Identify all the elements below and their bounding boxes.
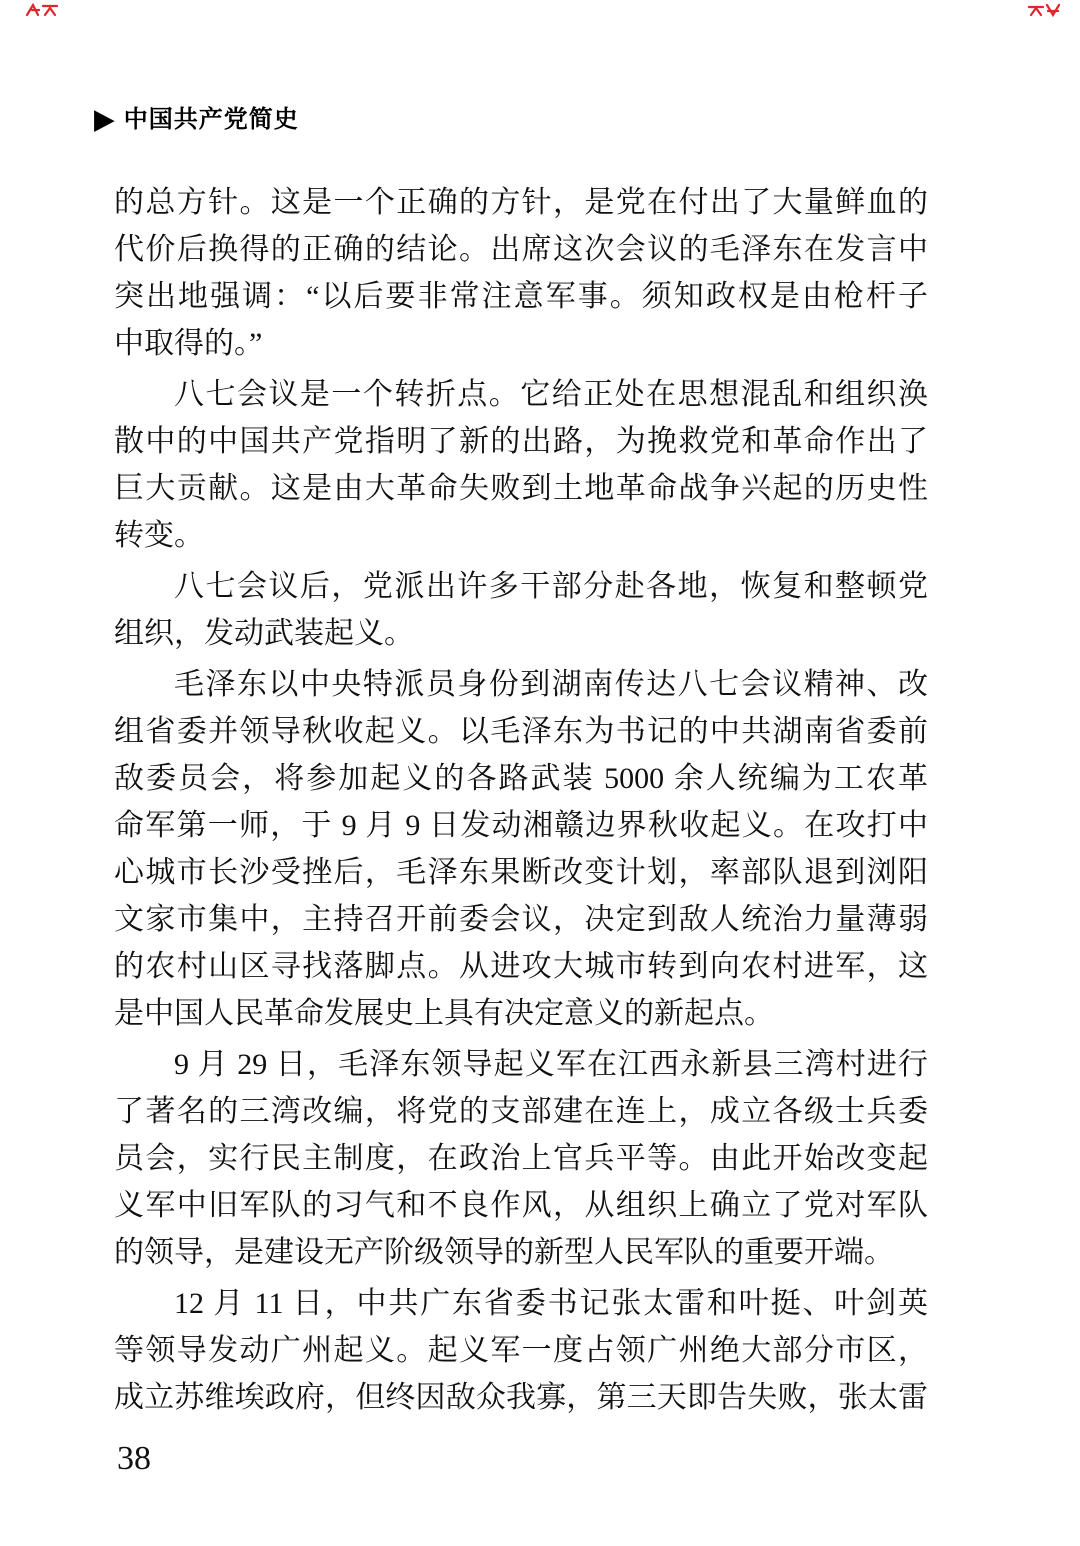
text-line: 成立苏维埃政府，但终因敌众我寡，第三天即告失败，张太雷 bbox=[114, 1374, 928, 1421]
text-line: 八七会议后，党派出许多干部分赴各地，恢复和整顿党 bbox=[114, 563, 928, 610]
book-page: ▶ 中国共产党简史 的总方针。这是一个正确的方针，是党在付出了大量鲜血的代价后换… bbox=[0, 0, 1080, 1546]
text-line: 是中国人民革命发展史上具有决定意义的新起点。 bbox=[114, 990, 928, 1037]
book-title: 中国共产党简史 bbox=[124, 107, 299, 132]
text-line: 巨大贡献。这是由大革命失败到土地革命战争兴起的历史性 bbox=[114, 465, 928, 512]
text-line: 命军第一师，于 9 月 9 日发动湘赣边界秋收起义。在攻打中 bbox=[114, 802, 928, 849]
text-line: 毛泽东以中央特派员身份到湖南传达八七会议精神、改 bbox=[114, 661, 928, 708]
right-triangle-icon: ▶ bbox=[94, 105, 115, 133]
text-line: 了著名的三湾改编，将党的支部建在连上，成立各级士兵委 bbox=[114, 1088, 928, 1135]
text-line: 12 月 11 日，中共广东省委书记张太雷和叶挺、叶剑英 bbox=[114, 1280, 928, 1327]
text-line: 员会，实行民主制度，在政治上官兵平等。由此开始改变起 bbox=[114, 1135, 928, 1182]
text-line: 中取得的。” bbox=[114, 320, 928, 367]
running-header: ▶ 中国共产党简史 bbox=[94, 106, 299, 133]
text-line: 的总方针。这是一个正确的方针，是党在付出了大量鲜血的 bbox=[114, 179, 928, 226]
paragraph: 的总方针。这是一个正确的方针，是党在付出了大量鲜血的代价后换得的正确的结论。出席… bbox=[114, 179, 928, 367]
text-line: 突出地强调：“以后要非常注意军事。须知政权是由枪杆子 bbox=[114, 273, 928, 320]
text-line: 的农村山区寻找落脚点。从进攻大城市转到向农村进军，这 bbox=[114, 943, 928, 990]
paragraph: 八七会议是一个转折点。它给正处在思想混乱和组织涣散中的中国共产党指明了新的出路，… bbox=[114, 371, 928, 559]
text-line: 组织，发动武装起义。 bbox=[114, 610, 928, 657]
body-text: 的总方针。这是一个正确的方针，是党在付出了大量鲜血的代价后换得的正确的结论。出席… bbox=[114, 179, 928, 1425]
text-line: 转变。 bbox=[114, 512, 928, 559]
text-line: 组省委并领导秋收起义。以毛泽东为书记的中共湖南省委前 bbox=[114, 708, 928, 755]
red-corner-mark-left bbox=[24, 2, 60, 19]
text-line: 八七会议是一个转折点。它给正处在思想混乱和组织涣 bbox=[114, 371, 928, 418]
paragraph: 9 月 29 日，毛泽东领导起义军在江西永新县三湾村进行了著名的三湾改编，将党的… bbox=[114, 1041, 928, 1276]
paragraph: 毛泽东以中央特派员身份到湖南传达八七会议精神、改组省委并领导秋收起义。以毛泽东为… bbox=[114, 661, 928, 1037]
text-line: 等领导发动广州起义。起义军一度占领广州绝大部分市区， bbox=[114, 1327, 928, 1374]
text-line: 散中的中国共产党指明了新的出路，为挽救党和革命作出了 bbox=[114, 418, 928, 465]
text-line: 心城市长沙受挫后，毛泽东果断改变计划，率部队退到浏阳 bbox=[114, 849, 928, 896]
text-line: 敌委员会，将参加起义的各路武装 5000 余人统编为工农革 bbox=[114, 755, 928, 802]
text-line: 代价后换得的正确的结论。出席这次会议的毛泽东在发言中 bbox=[114, 226, 928, 273]
text-line: 文家市集中，主持召开前委会议，决定到敌人统治力量薄弱 bbox=[114, 896, 928, 943]
paragraph: 八七会议后，党派出许多干部分赴各地，恢复和整顿党组织，发动武装起义。 bbox=[114, 563, 928, 657]
text-line: 的领导，是建设无产阶级领导的新型人民军队的重要开端。 bbox=[114, 1229, 928, 1276]
text-line: 义军中旧军队的习气和不良作风，从组织上确立了党对军队 bbox=[114, 1182, 928, 1229]
red-corner-mark-right bbox=[1026, 2, 1062, 19]
text-line: 9 月 29 日，毛泽东领导起义军在江西永新县三湾村进行 bbox=[114, 1041, 928, 1088]
page-number: 38 bbox=[117, 1440, 151, 1478]
paragraph: 12 月 11 日，中共广东省委书记张太雷和叶挺、叶剑英等领导发动广州起义。起义… bbox=[114, 1280, 928, 1421]
